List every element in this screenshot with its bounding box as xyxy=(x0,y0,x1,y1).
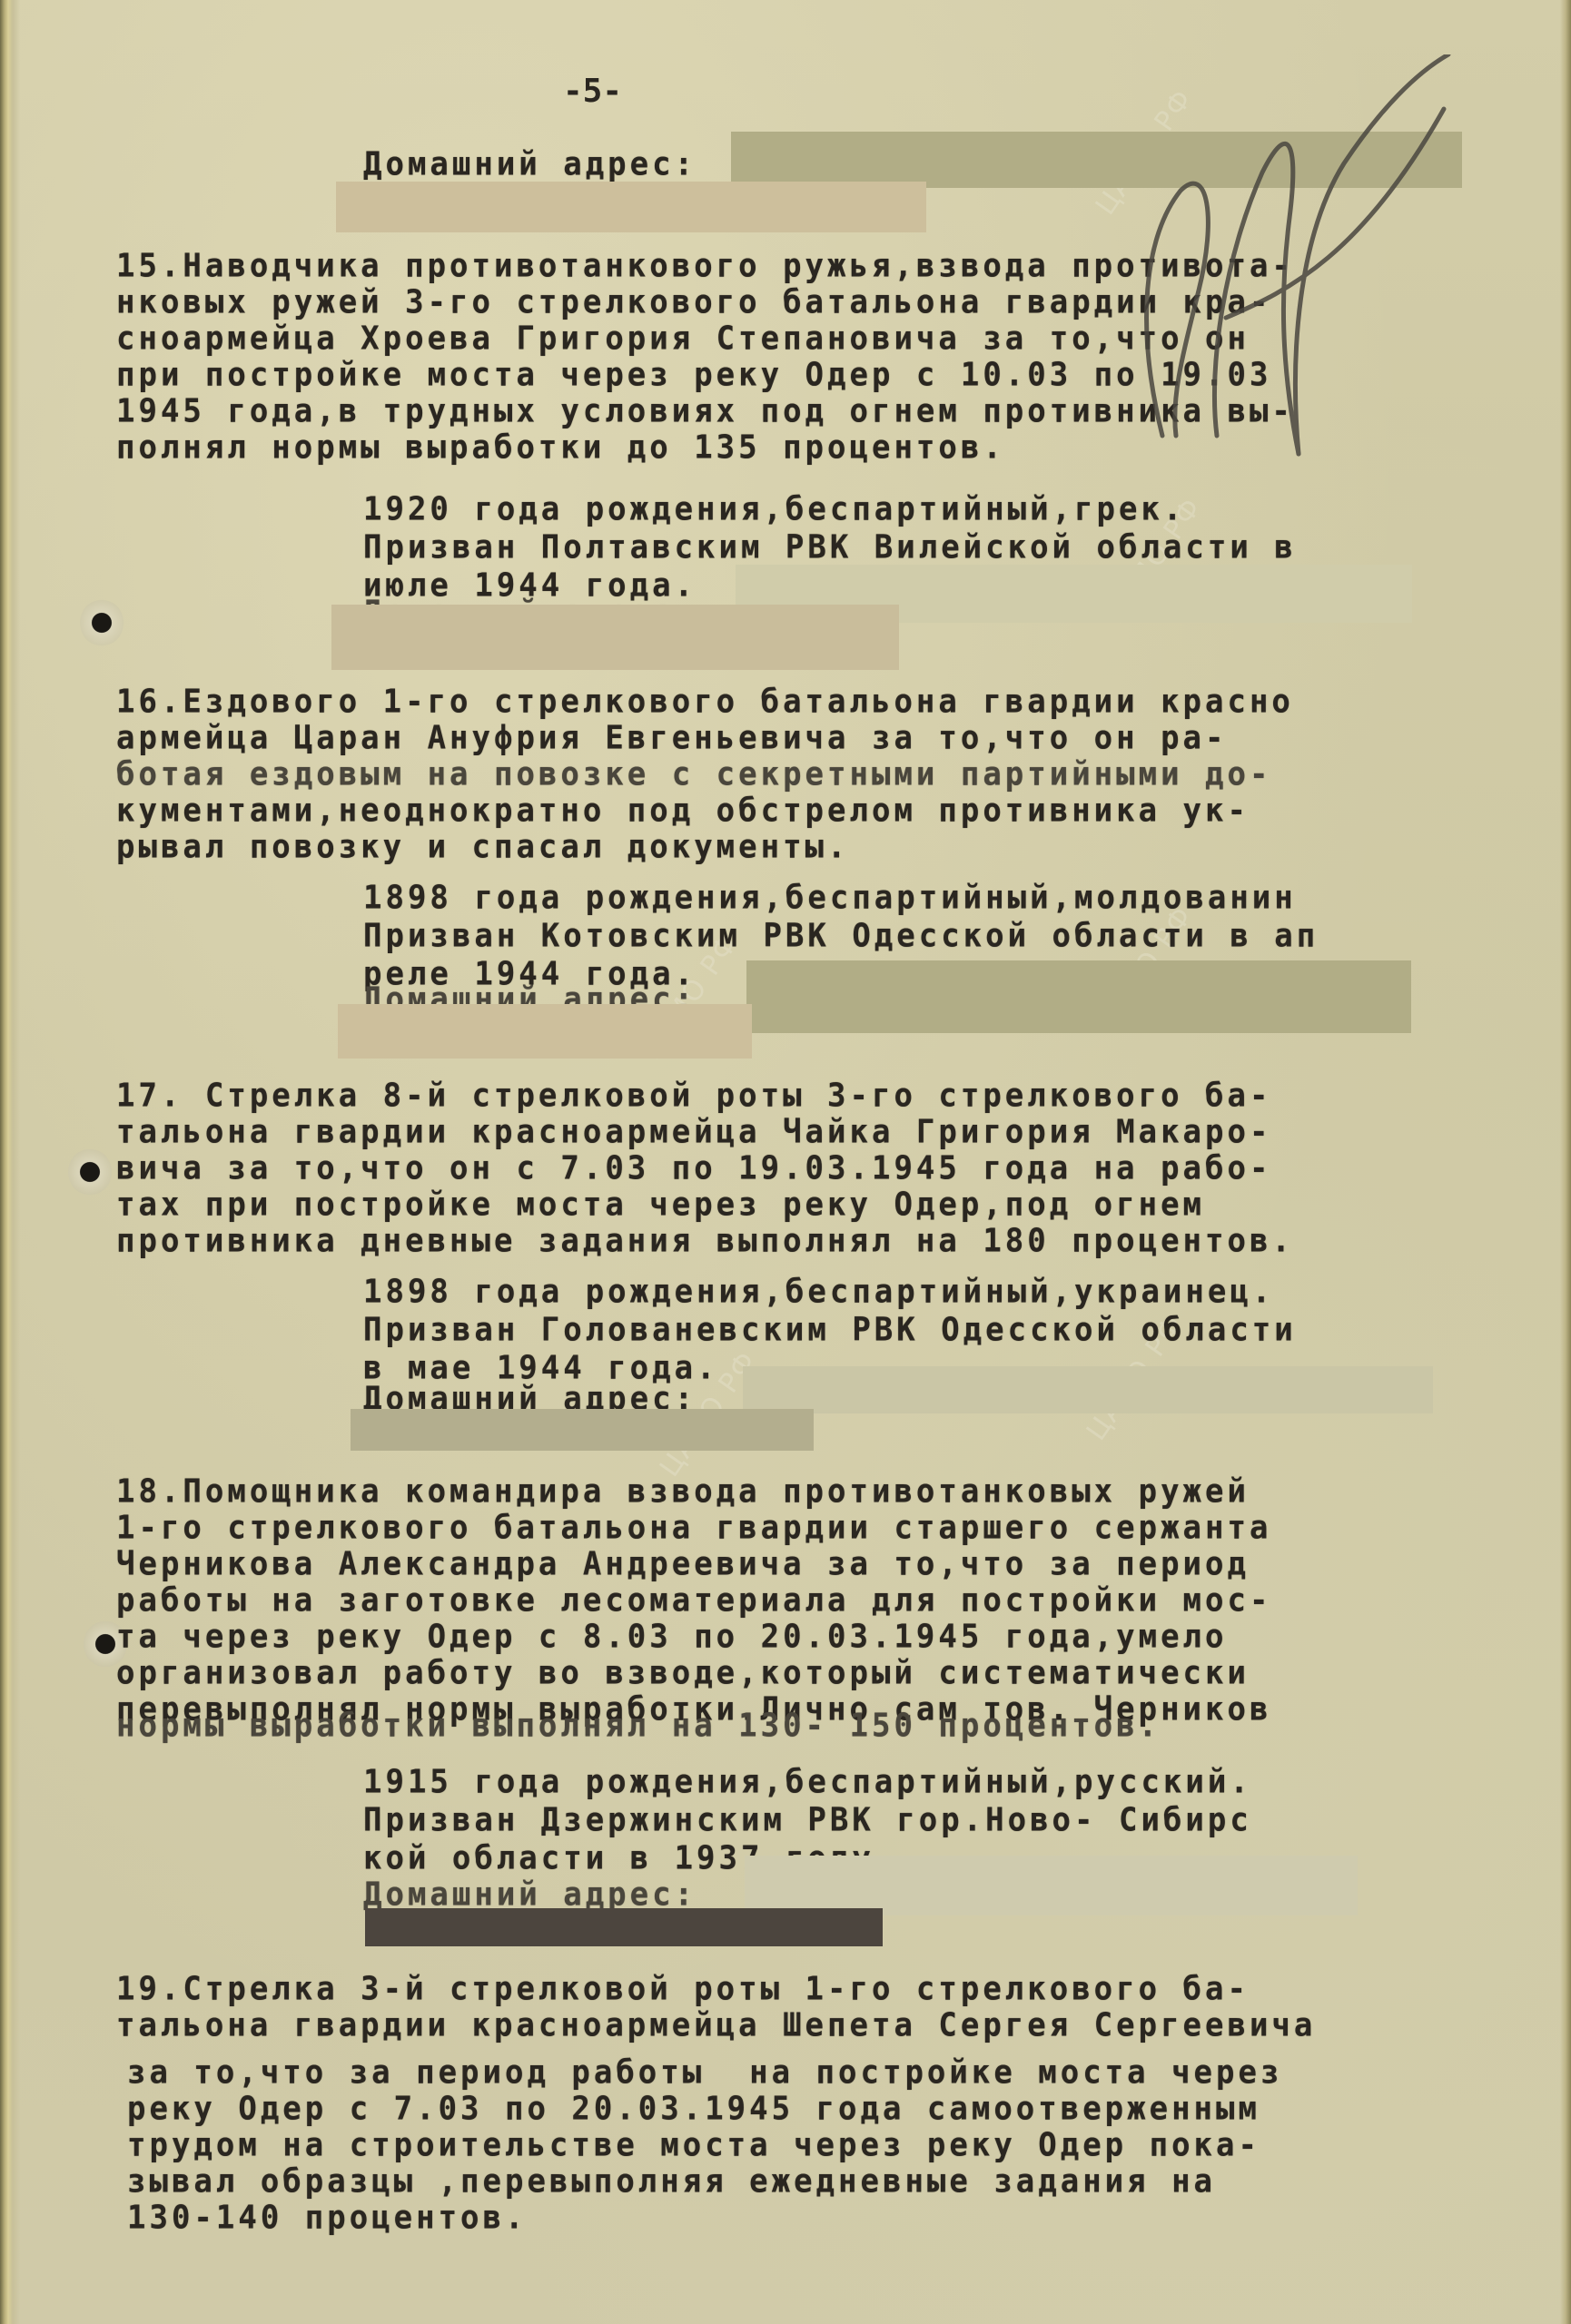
bio-line: Призван Дзержинским РВК гор.Ново- Сибирс xyxy=(363,1801,1252,1839)
citation-line: 17. Стрелка 8-й стрелковой роты 3-го стр… xyxy=(116,1077,1271,1115)
bio-line: Призван Полтавским РВК Вилейской области… xyxy=(363,528,1297,566)
citation-line: та через реку Одер с 8.03 по 20.03.1945 … xyxy=(116,1618,1228,1656)
page-number: -5- xyxy=(563,73,622,110)
redaction-block xyxy=(745,1856,1358,1915)
page-right-edge xyxy=(1560,0,1571,2324)
citation-line: тах при постройке моста через реку Одер,… xyxy=(116,1186,1205,1224)
citation-line: Черникова Александра Андреевича за то,чт… xyxy=(116,1545,1250,1583)
redaction-block xyxy=(365,1908,883,1946)
redaction-block xyxy=(336,182,926,232)
bio-line: 1920 года рождения,беспартийный,грек. xyxy=(363,490,1185,528)
citation-line: 18.Помощника командира взвода противотан… xyxy=(116,1472,1250,1511)
citation-line: тальона гвардии красноармейца Чайка Григ… xyxy=(116,1113,1271,1151)
bio-line: 1898 года рождения,беспартийный,молдован… xyxy=(363,879,1297,917)
punch-hole xyxy=(80,599,124,646)
redaction-block xyxy=(338,1004,752,1059)
citation-line: 19.Стрелка 3-й стрелковой роты 1-го стре… xyxy=(116,1970,1250,2008)
citation-line: полнял нормы выработки до 135 процентов. xyxy=(116,428,1005,467)
citation-line: реку Одер с 7.03 по 20.03.1945 года само… xyxy=(127,2090,1260,2128)
citation-line: тальона гвардии красноармейца Шепета Сер… xyxy=(116,2006,1316,2044)
citation-line: 1-го стрелкового батальона гвардии старш… xyxy=(116,1509,1271,1547)
redaction-block xyxy=(746,960,1411,1033)
bio-line: Призван Котовским РВК Одесской области в… xyxy=(363,917,1319,955)
citation-line: трудом на строительстве моста через реку… xyxy=(127,2126,1260,2164)
citation-line: вича за то,что он с 7.03 по 19.03.1945 г… xyxy=(116,1149,1271,1187)
citation-line: работы на заготовке лесоматериала для по… xyxy=(116,1581,1271,1620)
citation-line: нормы выработки выполнял на 130- 150 про… xyxy=(116,1707,1161,1745)
redaction-block xyxy=(743,1366,1433,1413)
page-left-edge xyxy=(0,0,20,2324)
bio-line: Призван Голованевским РВК Одесской облас… xyxy=(363,1311,1297,1349)
bio-line: 1898 года рождения,беспартийный,украинец… xyxy=(363,1273,1274,1311)
pencil-signature-mark xyxy=(1072,54,1453,481)
redaction-block xyxy=(351,1409,814,1451)
address-label: Домашний адрес: xyxy=(363,145,697,183)
citation-line: организовал работу во взводе,который сис… xyxy=(116,1654,1250,1692)
citation-line: 16.Ездового 1-го стрелкового батальона г… xyxy=(116,683,1294,721)
document-page: ЦАМО РФ ЦАМО РФ ЦАМО РФ ЦАМО РФ ЦАМО РФ … xyxy=(0,0,1571,2324)
redaction-block xyxy=(331,605,899,670)
punch-hole xyxy=(68,1148,112,1196)
citation-line: за то,что за период работы на постройке … xyxy=(127,2053,1282,2092)
citation-line: рывал повозку и спасал документы. xyxy=(116,828,850,866)
citation-line: противника дневные задания выполнял на 1… xyxy=(116,1222,1294,1260)
bio-line: 1915 года рождения,беспартийный,русский. xyxy=(363,1763,1252,1801)
citation-line: ботая ездовым на повозке с секретными па… xyxy=(116,755,1271,793)
citation-line: кументами,неоднократно под обстрелом про… xyxy=(116,792,1250,830)
citation-line: зывал образцы ,перевыполняя ежедневные з… xyxy=(127,2162,1216,2201)
citation-line: армейца Царан Ануфрия Евгеньевича за то,… xyxy=(116,719,1228,757)
citation-line: 130-140 процентов. xyxy=(127,2199,527,2237)
